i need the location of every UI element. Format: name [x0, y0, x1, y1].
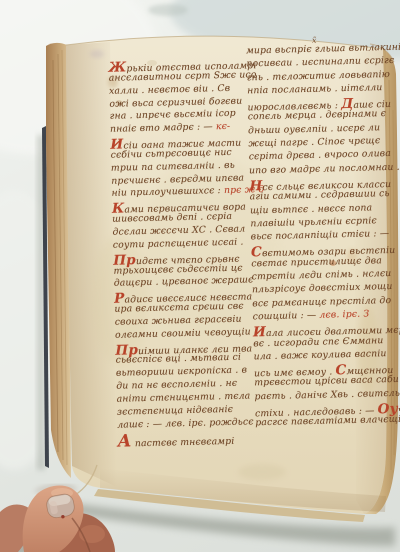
hand — [0, 0, 400, 552]
photo-stage: х̃ Жрькіи отєства исполамріансєлавитнои … — [0, 0, 400, 552]
